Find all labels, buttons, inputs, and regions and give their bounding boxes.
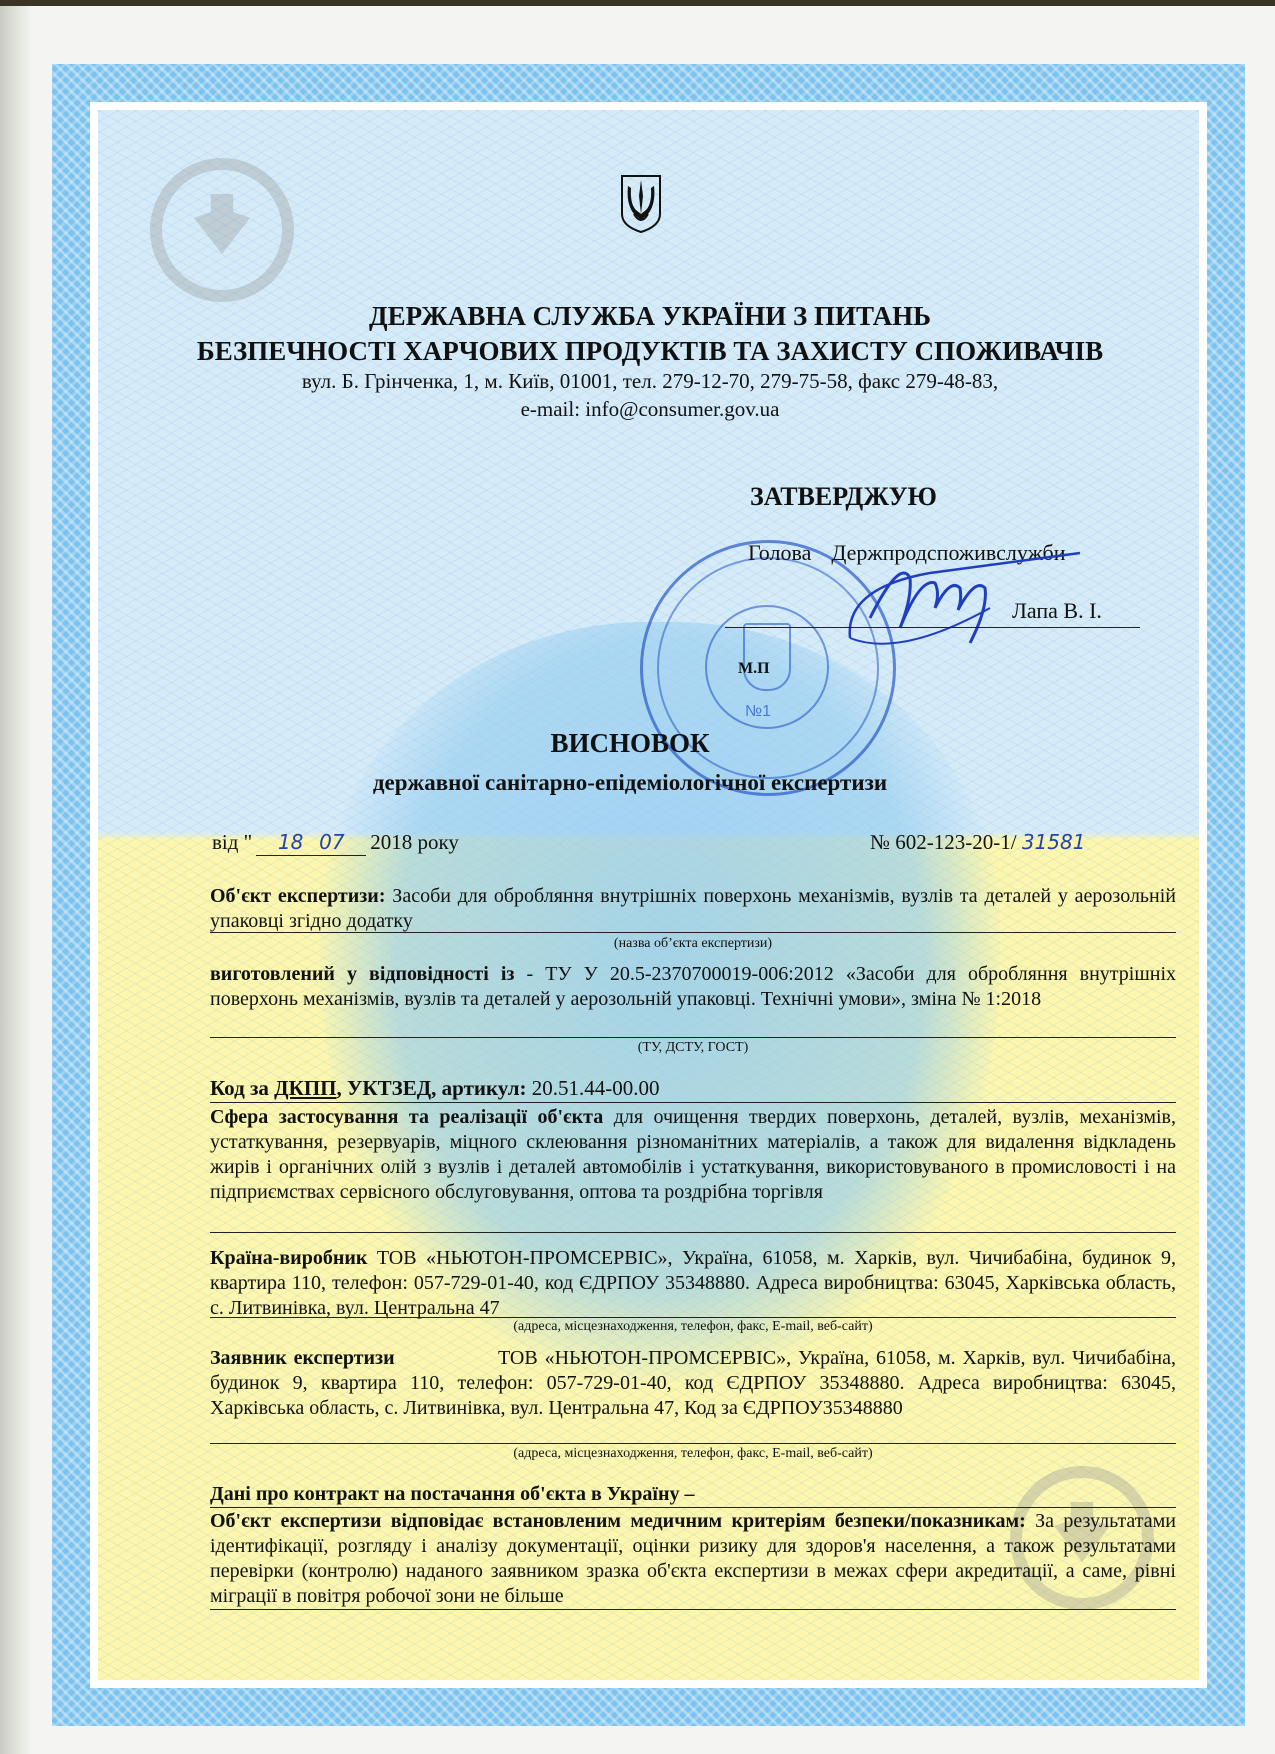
divider (210, 932, 1176, 933)
section-applicant: Заявник експертизи ТОВ «НЬЮТОН-ПРОМСЕРВІ… (210, 1346, 1176, 1421)
document-date: від "18 072018 року (212, 830, 459, 856)
document-title: ВИСНОВОК (180, 728, 1080, 759)
divider (210, 1443, 1176, 1444)
section-contract: Дані про контракт на постачання об'єкта … (210, 1482, 1176, 1507)
section-conformity: Об'єкт експертизи відповідає встановлени… (210, 1509, 1176, 1609)
divider (210, 1317, 1176, 1318)
seal-placeholder-label: М.П (738, 660, 770, 678)
section-object: Об'єкт експертизи: Засоби для обробляння… (210, 884, 1176, 934)
stamp-number: №1 (745, 703, 771, 721)
field-caption: (адреса, місцезнаходження, телефон, факс… (210, 1446, 1176, 1462)
divider (210, 1102, 1176, 1103)
document-subtitle: державної санітарно-епідеміологічної екс… (180, 770, 1080, 796)
divider (210, 1037, 1176, 1038)
document-number: № 602-123-20-1/ 31581 (870, 830, 1085, 855)
section-code: Код за ДКПП, УКТЗЕД, артикул: 20.51.44-0… (210, 1076, 1176, 1101)
divider (210, 1507, 1176, 1508)
certificate: ДЕРЖАВНА СЛУЖБА УКРАЇНИ З ПИТАНЬ БЕЗПЕЧН… (0, 0, 1275, 1754)
organization-title: ДЕРЖАВНА СЛУЖБА УКРАЇНИ З ПИТАНЬ (150, 300, 1150, 332)
field-caption: (адреса, місцезнаходження, телефон, факс… (210, 1319, 1176, 1335)
approval-heading: ЗАТВЕРДЖУЮ (750, 482, 937, 512)
field-caption: (ТУ, ДСТУ, ГОСТ) (210, 1040, 1176, 1056)
organization-email: e-mail: info@consumer.gov.ua (150, 396, 1150, 422)
section-manufacturer: Країна-виробник ТОВ «НЬЮТОН-ПРОМСЕРВІС»,… (210, 1246, 1176, 1321)
date-day: 18 (278, 830, 303, 854)
organization-title: БЕЗПЕЧНОСТІ ХАРЧОВИХ ПРОДУКТІВ ТА ЗАХИСТ… (150, 335, 1150, 367)
signature-line (725, 627, 1140, 628)
field-caption: (назва об’єкта експертизи) (210, 936, 1176, 952)
document-number-handwritten: 31581 (1022, 830, 1086, 854)
ukraine-trident-icon (620, 174, 662, 234)
divider (210, 1609, 1176, 1610)
section-scope: Сфера застосування та реалізації об'єкта… (210, 1105, 1176, 1205)
section-manufactured: виготовлений у відповідності із - ТУ У 2… (210, 962, 1176, 1012)
organization-address: вул. Б. Грінченка, 1, м. Київ, 01001, те… (150, 368, 1150, 394)
date-month: 07 (319, 830, 344, 854)
divider (210, 1232, 1176, 1233)
approver-name: Лапа В. І. (1012, 598, 1102, 624)
approver-role-title: Голова (748, 540, 811, 565)
